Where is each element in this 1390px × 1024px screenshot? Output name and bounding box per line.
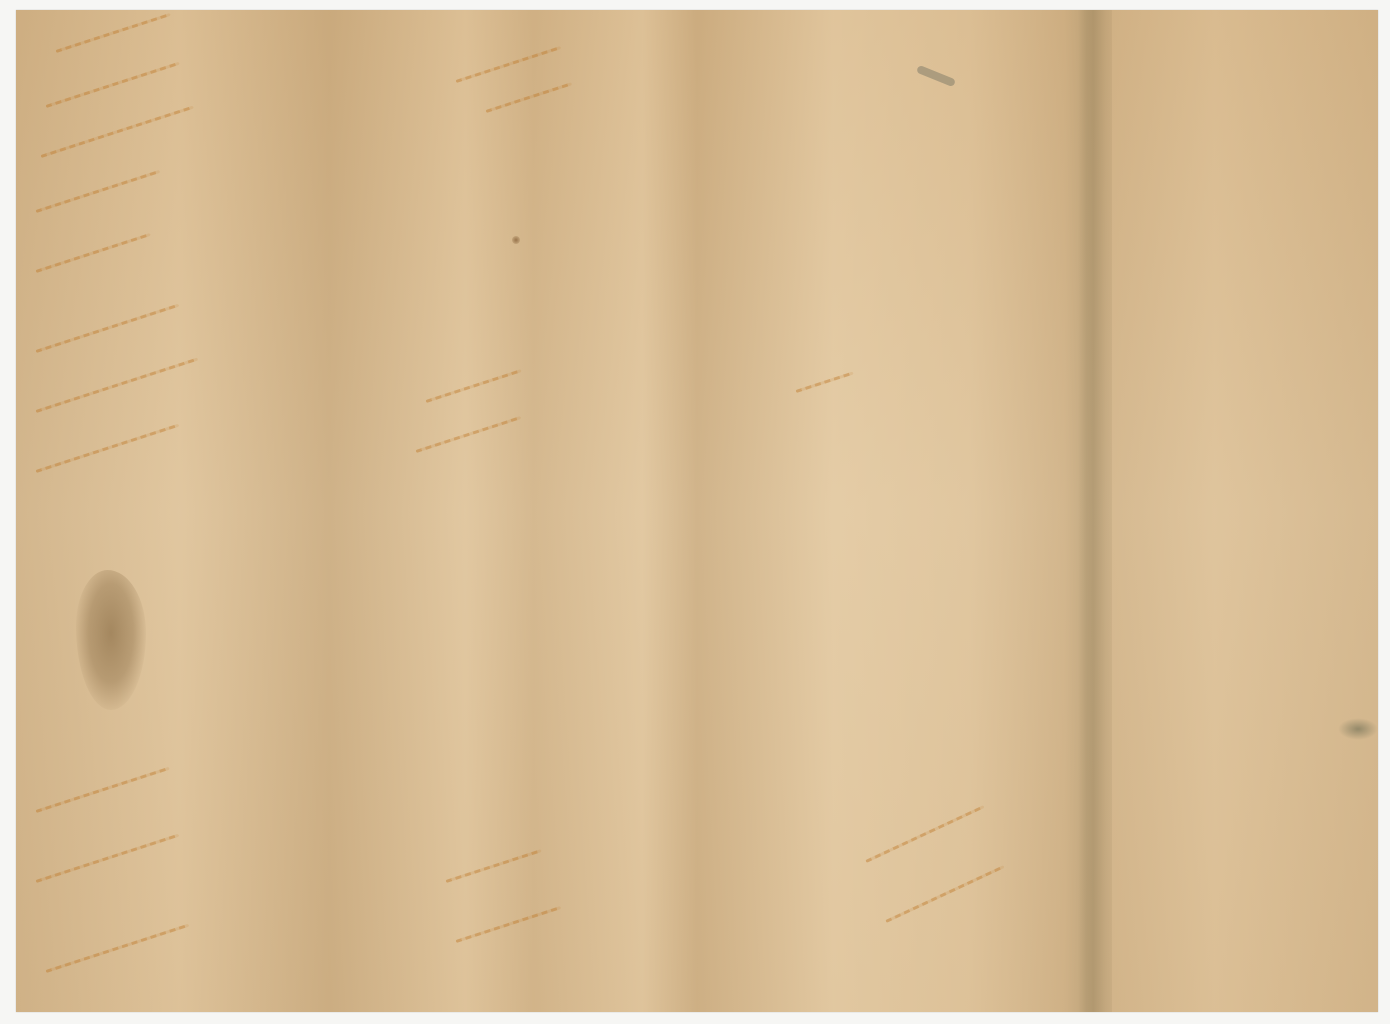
- dark-spot: [512, 236, 520, 244]
- foxing-streak: [446, 849, 542, 883]
- ink-smudge: [916, 65, 956, 87]
- foxing-streak: [885, 865, 1004, 923]
- water-stain: [76, 570, 146, 710]
- foxing-streak: [46, 62, 180, 108]
- foxing-streak: [456, 906, 562, 943]
- foxing-streak: [36, 834, 180, 883]
- foxing-streak: [416, 416, 522, 453]
- foxing-streak: [456, 46, 562, 83]
- foxing-streak: [796, 372, 854, 393]
- foxing-streak: [36, 304, 180, 353]
- foxing-streak: [36, 358, 199, 413]
- foxing-streak: [56, 13, 171, 53]
- foxing-streak: [46, 924, 190, 973]
- foxing-streak: [486, 82, 573, 113]
- foxing-streak: [36, 170, 161, 213]
- foxing-streak: [41, 106, 194, 158]
- foxing-streak: [865, 805, 984, 863]
- pencil-mark: [1338, 718, 1378, 740]
- foxing-streak: [426, 369, 522, 403]
- paper-sheet: [16, 10, 1378, 1012]
- foxing-streak: [36, 424, 180, 473]
- foxing-streak: [36, 233, 151, 273]
- crease-line: [1078, 10, 1112, 1012]
- foxing-streak: [36, 767, 170, 813]
